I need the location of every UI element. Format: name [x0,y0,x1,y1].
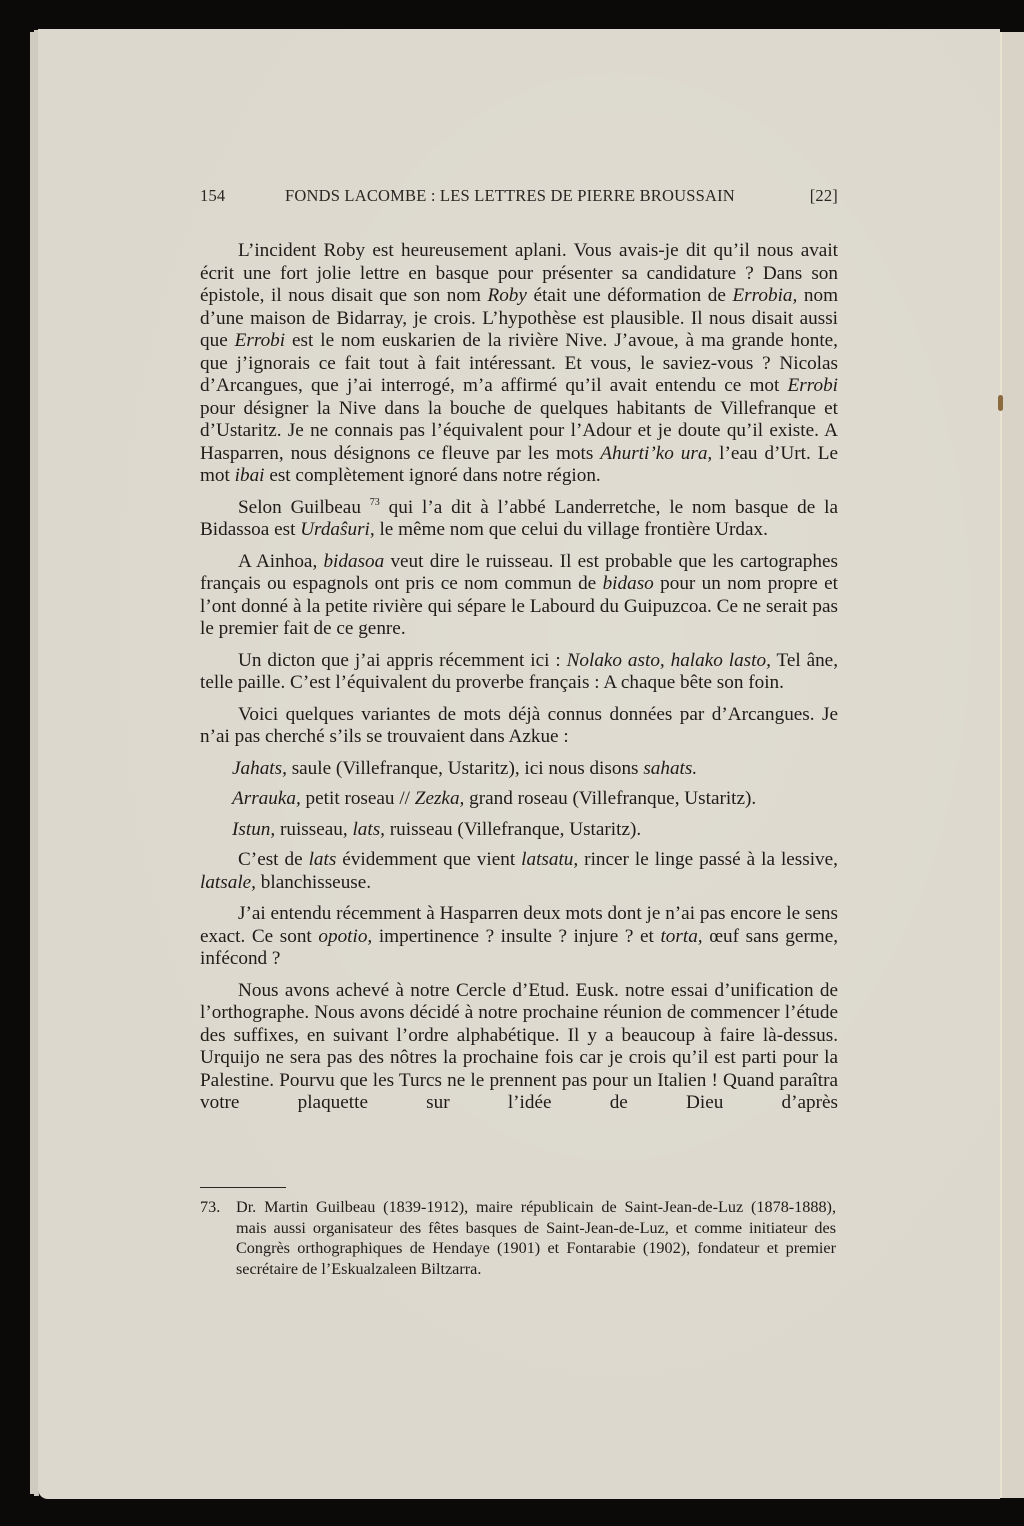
text-run: ruisseau, [275,819,352,840]
italic-term: lats [309,849,337,870]
text-run: était une déformation de [527,285,733,306]
text-run: Voici quelques variantes de mots déjà co… [200,704,838,748]
italic-term: Urdaŝuri, [300,519,374,540]
text-run: le même nom que celui du village frontiè… [375,519,768,540]
italic-term: lats, [352,819,385,840]
text-run: saule (Villefranque, Ustaritz), ici nous… [287,758,643,779]
paragraph-7: J’ai entendu récemment à Hasparren deux … [200,903,838,971]
italic-term: torta, [660,926,702,947]
text-run: grand roseau (Villefranque, Ustaritz). [464,788,756,809]
next-page-edge [1000,32,1024,1498]
page-number: 154 [200,186,225,206]
italic-term: Roby [487,285,526,306]
text-run: ruisseau (Villefranque, Ustaritz). [385,819,641,840]
footnote-divider [200,1187,286,1188]
italic-term: Istun, [232,819,275,840]
word-list-item: Arrauka, petit roseau // Zezka, grand ro… [200,788,838,811]
italic-term: Nolako asto, halako lasto, [567,650,771,671]
word-list-item: Istun, ruisseau, lats, ruisseau (Villefr… [200,819,838,842]
italic-term: bidasoa [323,551,384,572]
italic-term: latsale, [200,872,256,893]
italic-term: Jahats, [232,758,287,779]
italic-term: opotio, [318,926,372,947]
italic-term: Errobi [235,330,285,351]
paragraph-6: C’est de lats évidemment que vient latsa… [200,849,838,894]
italic-term: Errobi [788,375,838,396]
text-run: est le nom euskarien de la rivière Nive.… [200,330,838,396]
footnote-73: 73. Dr. Martin Guilbeau (1839-1912), mai… [200,1197,836,1279]
italic-term: bidaso [603,573,654,594]
footnote-number: 73. [200,1197,220,1218]
word-list-item: Jahats, saule (Villefranque, Ustaritz), … [200,758,838,781]
letter-number: [22] [810,186,838,206]
paragraph-3: A Ainhoa, bidasoa veut dire le ruisseau.… [200,551,838,641]
footnote-reference[interactable]: 73 [370,497,380,508]
italic-term: latsatu, [521,849,578,870]
footnote-text: Dr. Martin Guilbeau (1839-1912), maire r… [236,1197,836,1279]
text-run: A Ainhoa, [238,551,323,572]
text-run: impertinence ? insulte ? injure ? et [372,926,660,947]
italic-term: Zezka, [415,788,465,809]
italic-term: Errobia, [732,285,797,306]
text-run: évidemment que vient [336,849,521,870]
running-header: 154 FONDS LACOMBE : LES LETTRES DE PIERR… [200,186,838,208]
text-run: Un dicton que j’ai appris récemment ici … [238,650,567,671]
italic-term: Arrauka, [232,788,301,809]
paragraph-8: Nous avons achevé à notre Cercle d’Etud.… [200,980,838,1115]
paragraph-4: Un dicton que j’ai appris récemment ici … [200,650,838,695]
italic-term: ibai [235,465,265,486]
text-run: rincer le linge passé à la lessive, [578,849,838,870]
paragraph-1: L’incident Roby est heureusement aplani.… [200,240,838,488]
text-run: Selon Guilbeau [238,497,370,518]
paragraph-5: Voici quelques variantes de mots déjà co… [200,704,838,749]
body-text: L’incident Roby est heureusement aplani.… [200,240,838,1124]
running-title: FONDS LACOMBE : LES LETTRES DE PIERRE BR… [285,186,735,206]
paragraph-2: Selon Guilbeau 73 qui l’a dit à l’abbé L… [200,497,838,542]
text-run: est complètement ignoré dans notre régio… [265,465,601,486]
text-run: C’est de [238,849,309,870]
italic-term: Ahurti’ko ura, [600,443,712,464]
text-run: blanchisseuse. [256,872,371,893]
text-run: Nous avons achevé à notre Cercle d’Etud.… [200,980,838,1114]
page-edge-stain [998,395,1003,411]
italic-term: sahats. [643,758,697,779]
text-run: petit roseau // [301,788,415,809]
